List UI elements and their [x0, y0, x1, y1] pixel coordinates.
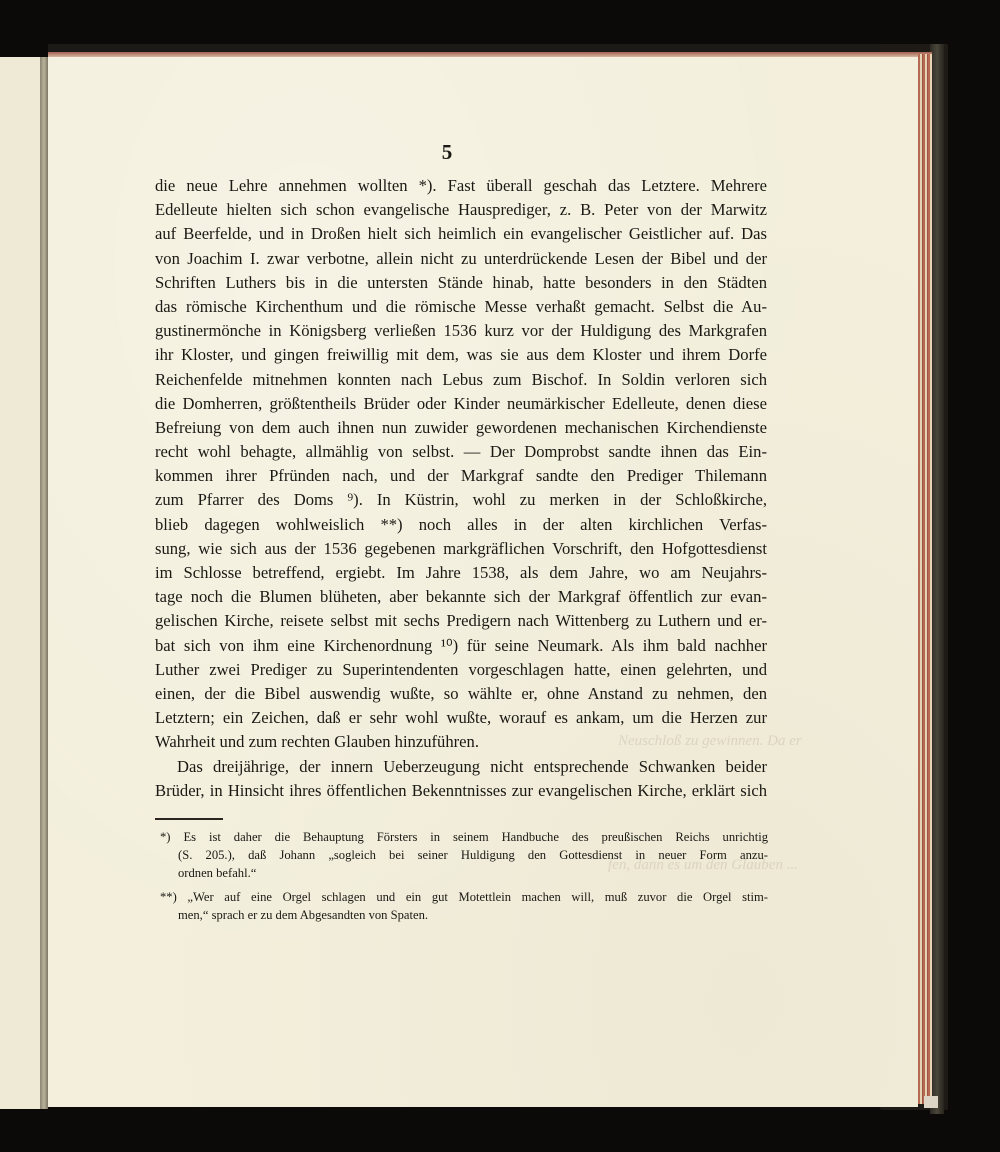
text-line: Schriften Luthers bis in die untersten S… [155, 271, 767, 295]
footnote-line: **) „Wer auf eine Orgel schlagen und ein… [160, 888, 768, 906]
footnote-2: **) „Wer auf eine Orgel schlagen und ein… [160, 888, 768, 924]
text-line: im Schlosse betreffend, ergiebt. Im Jahr… [155, 561, 767, 585]
text-line: bat sich von ihm eine Kirchenordnung ¹⁰)… [155, 634, 767, 658]
text-line: Edelleute hielten sich schon evangelisch… [155, 198, 767, 222]
text-line: gelischen Kirche, reisete selbst mit sec… [155, 609, 767, 633]
footnote-marker: *) [160, 830, 171, 844]
text-line: sung, wie sich aus der 1536 gegebenen ma… [155, 537, 767, 561]
book-gutter [40, 57, 48, 1109]
text-line: das römische Kirchenthum und die römisch… [155, 295, 767, 319]
footnote-line: men,“ sprach er zu dem Abgesandten von S… [160, 906, 768, 924]
text-line: zum Pfarrer des Doms ⁹). In Küstrin, woh… [155, 488, 767, 512]
page-number: 5 [437, 140, 457, 165]
text-line: Letztern; ein Zeichen, daß er sehr wohl … [155, 706, 767, 730]
text-line: auf Beerfelde, und in Droßen hielt sich … [155, 222, 767, 246]
body-text: die neue Lehre annehmen wollten *). Fast… [155, 174, 767, 803]
text-line: einen, der die Bibel auswendig wußte, so… [155, 682, 767, 706]
footnote-marker: **) [160, 890, 177, 904]
page-edge-stack [918, 54, 932, 1104]
text-line: Wahrheit und zum rechten Glauben hinzufü… [155, 730, 767, 754]
left-page-edge [0, 57, 40, 1109]
text-line: tage noch die Blumen blüheten, aber beka… [155, 585, 767, 609]
footnotes: *) Es ist daher die Behauptung Försters … [160, 828, 768, 930]
text-line: die Domherren, größtentheils Brüder oder… [155, 392, 767, 416]
footnote-line: *) Es ist daher die Behauptung Försters … [160, 828, 768, 846]
footnote-1: *) Es ist daher die Behauptung Försters … [160, 828, 768, 882]
book-spine-edge [930, 44, 944, 1114]
text-line: blieb dagegen wohlweislich **) noch alle… [155, 513, 767, 537]
text-line: die neue Lehre annehmen wollten *). Fast… [155, 174, 767, 198]
book-scan: Neuschloß zu gewinnen. Da er fen, dann e… [0, 0, 1000, 1152]
page-corner [924, 1096, 938, 1108]
paragraph-start-line: Das dreijährige, der innern Ueberzeugung… [155, 755, 767, 779]
footnote-line: (S. 205.), daß Johann „sogleich bei sein… [160, 846, 768, 864]
text-line: Luther zwei Prediger zu Superintendenten… [155, 658, 767, 682]
text-line: Reichenfelde mitnehmen konnten nach Lebu… [155, 368, 767, 392]
footnote-line: ordnen befahl.“ [160, 864, 768, 882]
footnote-divider [155, 818, 223, 820]
text-line: kommen ihrer Pfründen nach, und der Mark… [155, 464, 767, 488]
text-line: Befreiung von dem auch ihnen nun zuwider… [155, 416, 767, 440]
text-line: Brüder, in Hinsicht ihres öffentlichen B… [155, 779, 767, 803]
text-line: ihr Kloster, und gingen freiwillig mit d… [155, 343, 767, 367]
text-line: recht wohl behagte, allmählig von selbst… [155, 440, 767, 464]
text-line: von Joachim I. zwar verbotne, allein nic… [155, 247, 767, 271]
text-line: gustinermönche in Königsberg verließen 1… [155, 319, 767, 343]
